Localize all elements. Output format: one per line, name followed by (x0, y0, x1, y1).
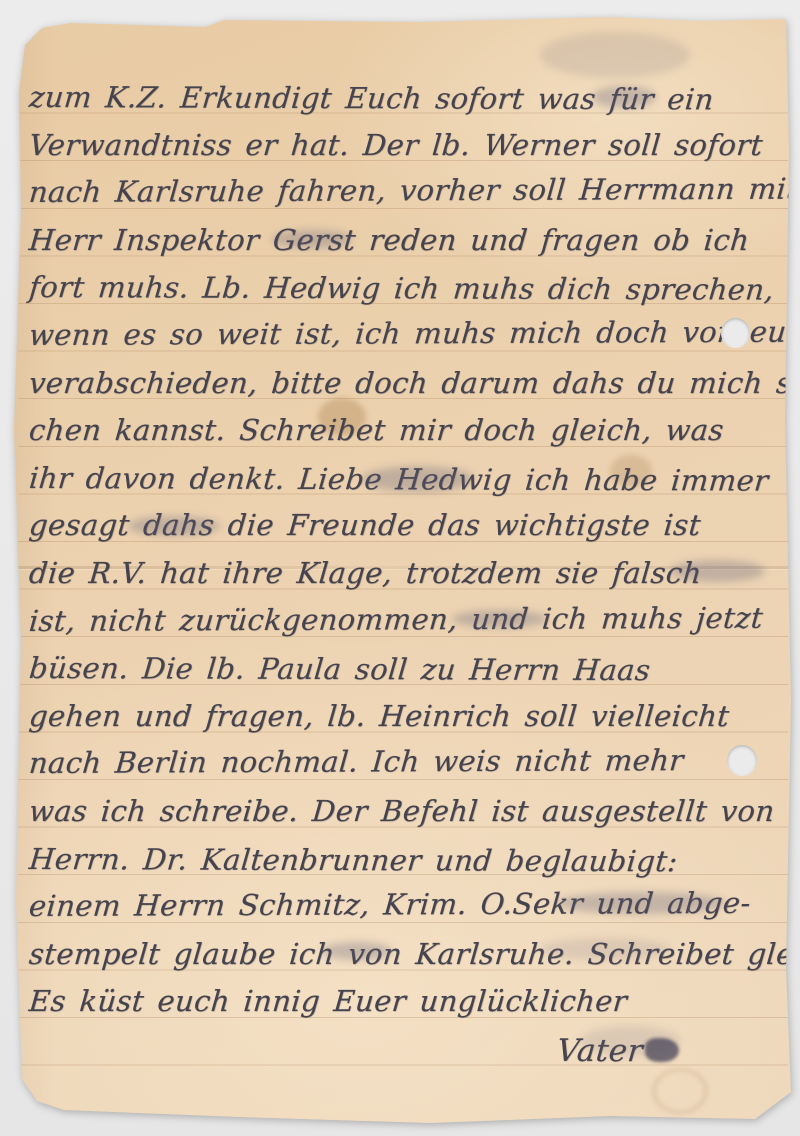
handwritten-line: stempelt glaube ich von Karlsruhe. Schre… (27, 931, 787, 979)
paper-shadow: zum K.Z. Erkundigt Euch sofort was für e… (0, 0, 800, 1136)
handwritten-line: fort muhs. Lb. Hedwig ich muhs dich spre… (27, 264, 787, 314)
handwritten-line: zum K.Z. Erkundigt Euch sofort was für e… (27, 74, 787, 124)
letter-text: zum K.Z. Erkundigt Euch sofort was für e… (27, 74, 783, 1073)
ink-smudge (540, 32, 690, 78)
handwritten-line: wenn es so weit ist, ich muhs mich doch … (27, 309, 787, 360)
handwritten-line: Verwandtniss er hat. Der lb. Werner soll… (27, 122, 787, 170)
ink-blot (645, 1038, 679, 1062)
ink-smudge (452, 610, 547, 628)
ink-smudge (670, 560, 765, 582)
handwritten-line: nach Berlin nochmal. Ich weis nicht mehr (27, 737, 787, 788)
ink-smudge (272, 230, 352, 248)
handwritten-line: Es küst euch innig Euer unglücklicher (27, 978, 787, 1026)
handwritten-line: gehen und fragen, lb. Heinrich soll viel… (27, 693, 787, 741)
ink-smudge (556, 892, 726, 914)
ink-smudge (128, 516, 220, 536)
ink-smudge (362, 466, 474, 492)
ink-smudge (322, 942, 392, 960)
handwritten-line: chen kannst. Schreibet mir doch gleich, … (27, 407, 787, 455)
handwritten-line: Herr Inspektor Gerst reden und fragen ob… (27, 217, 787, 265)
handwritten-line: Herrn. Dr. Kaltenbrunner und beglaubigt: (27, 836, 787, 886)
handwritten-line: nach Karlsruhe fahren, vorher soll Herrm… (27, 166, 787, 217)
handwritten-line: büsen. Die lb. Paula soll zu Herrn Haas (27, 645, 787, 695)
letter-paper: zum K.Z. Erkundigt Euch sofort was für e… (0, 0, 800, 1136)
handwritten-line: ist, nicht zurückgenommen, und ich muhs … (27, 594, 787, 645)
scanned-letter: zum K.Z. Erkundigt Euch sofort was für e… (0, 0, 800, 1136)
punch-hole-bottom (727, 745, 757, 776)
punch-hole-top (721, 318, 750, 348)
handwritten-line: was ich schreibe. Der Befehl ist ausgest… (27, 788, 787, 836)
ink-smudge (540, 938, 670, 960)
ink-smudge (592, 86, 656, 108)
handwritten-line: verabschieden, bitte doch darum dahs du … (27, 360, 787, 408)
